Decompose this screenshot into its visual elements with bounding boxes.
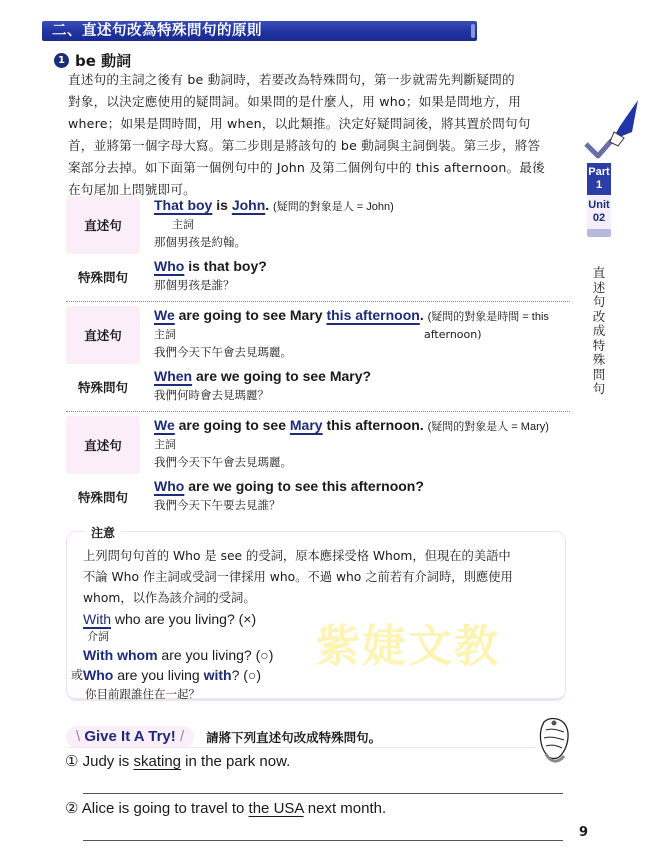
divider (66, 301, 570, 302)
notice-example-translation: 你目前跟誰住在一起？ (83, 685, 273, 704)
unit-number: 02 (587, 212, 611, 225)
question-translation: 我們何時會去見瑪麗？ (154, 386, 570, 405)
statement-text: is (212, 197, 231, 213)
question-text: are we going to see Mary? (192, 368, 371, 384)
part-badge: Part 1 (587, 163, 611, 195)
notice-example-text: are you living (113, 667, 203, 683)
intro-paragraph: 直述句的主詞之後有 be 動詞時，若要改為特殊問句，第一步就需先判斷疑問的 對象… (68, 69, 565, 201)
unit-bar (587, 229, 611, 237)
intro-line: where；如果是問時間，用 when，以此類推。決定好疑問詞後，將其置於問句句 (68, 113, 565, 135)
subject-tag: 主詞 (154, 217, 570, 233)
intro-line: 直述句的主詞之後有 be 動詞時，若要改為特殊問句，第一步就需先判斷疑問的 (68, 69, 565, 91)
unit-label: Unit (587, 199, 611, 212)
notice-line: whom，以作為該介詞的受詞。 (83, 588, 563, 609)
notice-line: 不論 Who 作主詞或受詞一律採用 who。不過 who 之前若有介詞時，則應使… (83, 567, 563, 588)
vertical-char: 改 (591, 310, 607, 325)
example-block-3: 直述句 We are going to see Mary this aftern… (66, 416, 570, 517)
item-text: next month. (304, 800, 387, 817)
subsection-title: be 動詞 (75, 50, 131, 71)
statement-translation: 我們今天下午會去見瑪麗。 (154, 343, 570, 362)
question-word: Who (154, 478, 184, 494)
try-instruction: 請將下列直述句改成特殊問句。 (206, 728, 381, 746)
notice-line: 上列問句句首的 Who 是 see 的受詞，原本應採受格 Whom，但現在的美語… (83, 546, 563, 567)
notice-example-correct: are you living? (○) (158, 647, 274, 663)
example-block-1: 直述句 That boy is John. (疑問的對象是人 = John) 主… (66, 196, 570, 297)
item-underlined: the USA (249, 800, 304, 817)
statement-end: . (265, 197, 269, 213)
section-header: 二、直述句改為特殊問句的原則 (42, 21, 477, 41)
notice-text: 上列問句句首的 Who 是 see 的受詞，原本應採受格 Whom，但現在的美語… (83, 546, 563, 609)
item-number: ① (65, 753, 78, 770)
notice-tag: 注意 (85, 524, 121, 541)
notice-example-wrong: who are you living? (×) (111, 611, 256, 627)
notice-example-bold: with (204, 667, 232, 683)
vertical-char: 成 (591, 324, 607, 339)
question-label: 特殊問句 (66, 477, 140, 517)
question-word: When (154, 368, 192, 384)
statement-note-continued: afternoon) (424, 327, 482, 343)
statement-end: this afternoon. (323, 417, 424, 433)
part-label: Part (587, 166, 611, 179)
statement-label: 直述句 (66, 306, 140, 364)
statement-translation: 那個男孩是約翰。 (154, 233, 570, 252)
preposition-underlined: With (83, 611, 111, 627)
divider (66, 747, 536, 748)
watermark: 紫婕文教 (316, 610, 500, 674)
number-bullet-icon: 1 (54, 53, 69, 68)
intro-line: 對象，以決定應使用的疑問詞。如果問的是什麼人，用 who；如果是問地方，用 (68, 91, 565, 113)
notice-example-bold: With whom (83, 647, 158, 663)
statement-end: . (420, 307, 424, 323)
notice-examples: With who are you living? (×) 介詞 With who… (83, 609, 273, 704)
vertical-char: 問 (591, 368, 607, 383)
statement-note: (疑問的對象是人 = John) (273, 201, 394, 213)
fist-hand-icon (536, 716, 572, 766)
badge-slash: \ (76, 728, 80, 745)
question-label: 特殊問句 (66, 257, 140, 297)
notice-example-bold: Who (83, 667, 113, 683)
vertical-char: 述 (591, 281, 607, 296)
or-label: 或 (71, 665, 83, 685)
underlined-subject: We (154, 417, 175, 433)
side-tab: Part 1 Unit 02 (587, 163, 611, 237)
vertical-char: 殊 (591, 353, 607, 368)
statement-note: (疑問的對象是人 = Mary) (428, 421, 549, 433)
question-translation: 那個男孩是誰？ (154, 276, 570, 295)
intro-line: 案部分去掉。如下面第一個例句中的 John 及第二個例句中的 this afte… (68, 157, 565, 179)
question-word: Who (154, 258, 184, 274)
statement-text: are going to see (175, 417, 290, 433)
subject-tag: 主詞 (154, 437, 570, 453)
item-underlined: skating (133, 753, 181, 770)
answer-line-1[interactable] (83, 793, 563, 794)
exercise-item-2: ② Alice is going to travel to the USA ne… (65, 799, 386, 817)
subsection-heading: 1 be 動詞 (54, 50, 131, 71)
question-label: 特殊問句 (66, 367, 140, 407)
vertical-char: 句 (591, 295, 607, 310)
item-text: in the park now. (181, 753, 290, 770)
divider (66, 411, 570, 412)
vertical-char: 直 (591, 266, 607, 281)
statement-translation: 我們今天下午會去見瑪麗。 (154, 453, 570, 472)
underlined-answer: John (232, 197, 265, 213)
vertical-char: 句 (591, 382, 607, 397)
pencil-check-icon (582, 96, 642, 160)
side-vertical-title: 直 述 句 改 成 特 殊 問 句 (591, 266, 607, 397)
example-block-2: 直述句 We are going to see Mary this aftern… (66, 306, 570, 407)
badge-slash: / (180, 728, 184, 745)
item-text: Alice is going to travel to (78, 800, 248, 817)
statement-label: 直述句 (66, 416, 140, 474)
subject-tag: 主詞 (154, 328, 176, 341)
item-number: ② (65, 800, 78, 817)
try-section-header: \ Give It A Try! / 請將下列直述句改成特殊問句。 (66, 726, 536, 748)
intro-line: 首，並將第一個字母大寫。第二步則是將該句的 be 動詞與主詞倒裝。第三步，將答 (68, 135, 565, 157)
vertical-char: 特 (591, 339, 607, 354)
underlined-subject: That boy (154, 197, 212, 213)
question-translation: 我們今天下午要去見誰？ (154, 496, 570, 515)
item-text: Judy is (78, 753, 133, 770)
exercise-item-1: ① Judy is skating in the park now. (65, 752, 290, 770)
question-text: is that boy? (184, 258, 266, 274)
unit-badge: Unit 02 (587, 195, 611, 229)
underlined-answer: Mary (290, 417, 323, 433)
try-badge-label: Give It A Try! (84, 728, 175, 745)
underlined-answer: this afternoon (326, 307, 419, 323)
answer-line-2[interactable] (83, 840, 563, 841)
statement-label: 直述句 (66, 196, 140, 254)
question-text: are we going to see this afternoon? (184, 478, 424, 494)
underlined-subject: We (154, 307, 175, 323)
statement-note: (疑問的對象是時間 = this (428, 311, 549, 323)
try-badge: \ Give It A Try! / (66, 726, 194, 748)
page-number: 9 (579, 825, 588, 840)
notice-example-correct: ? (○) (232, 667, 261, 683)
preposition-tag: 介詞 (83, 629, 273, 645)
statement-text: are going to see Mary (175, 307, 327, 323)
part-number: 1 (587, 179, 611, 192)
